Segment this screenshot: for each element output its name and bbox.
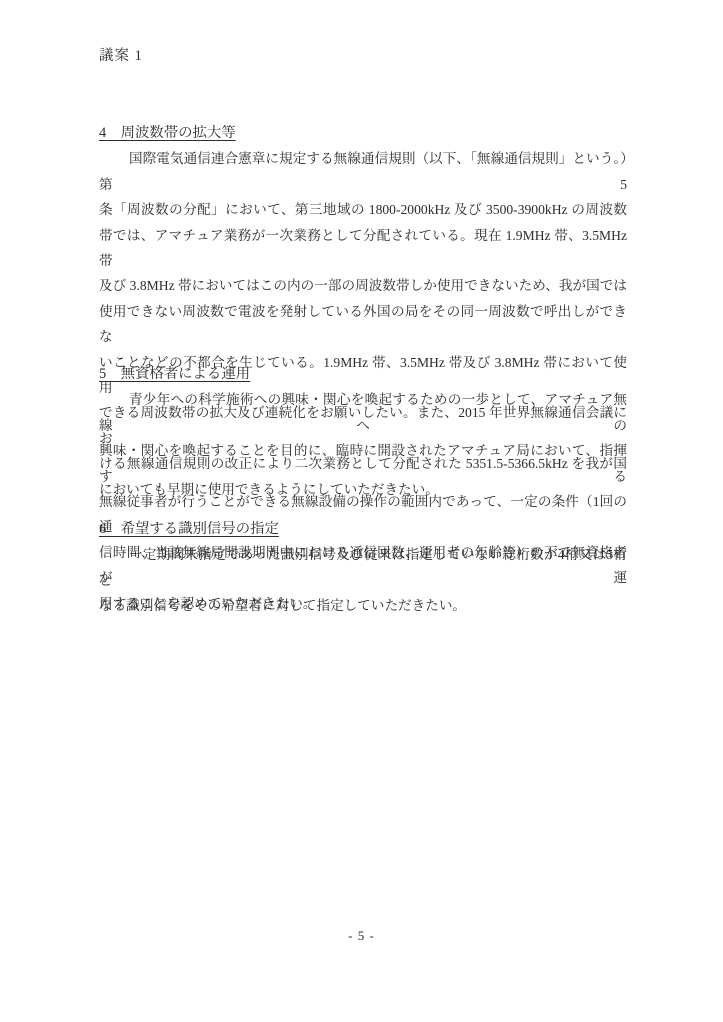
paragraph-line: 及び 3.8MHz 帯においてはこの内の一部の周波数帯しか使用できないため、我が… — [99, 273, 627, 298]
document-page: 議案 1 4 周波数帯の拡大等 国際電気通信連合憲章に規定する無線通信規則（以下… — [0, 0, 723, 1022]
section-heading: 5 無資格者による運用 — [99, 362, 627, 387]
section-heading: 6 希望する識別信号の指定 — [99, 517, 627, 542]
paragraph-line: 条「周波数の分配」において、第三地域の 1800-2000kHz 及び 3500… — [99, 197, 627, 222]
section-callsign-designation: 6 希望する識別信号の指定 一定期間未指定であった識別信号及び従来は指定していな… — [99, 517, 627, 619]
paragraph-line: なる識別信号をその希望者に対して指定していただきたい。 — [99, 593, 627, 618]
section-heading: 4 周波数帯の拡大等 — [99, 121, 627, 146]
paragraph-line: 国際電気通信連合憲章に規定する無線通信規則（以下、「無線通信規則」という。）第5 — [99, 146, 627, 197]
paragraph-line: 帯では、アマチュア業務が一次業務として分配されている。現在 1.9MHz 帯、3… — [99, 223, 627, 274]
page-number: - 5 - — [0, 928, 723, 944]
paragraph-line: 一定期間未指定であった識別信号及び従来は指定していない総桁数が4桁又は5桁と — [99, 542, 627, 593]
section-paragraph: 一定期間未指定であった識別信号及び従来は指定していない総桁数が4桁又は5桁となる… — [99, 542, 627, 618]
paragraph-line: 興味・関心を喚起することを目的に、臨時に開設されたアマチュア局において、指揮する — [99, 438, 627, 489]
paragraph-line: 使用できない周波数で電波を発射している外国の局をその同一周波数で呼出しができな — [99, 299, 627, 350]
doc-label: 議案 1 — [99, 44, 143, 65]
paragraph-line: 青少年への科学施術への興味・関心を喚起するための一歩として、アマチュア無線への — [99, 387, 627, 438]
